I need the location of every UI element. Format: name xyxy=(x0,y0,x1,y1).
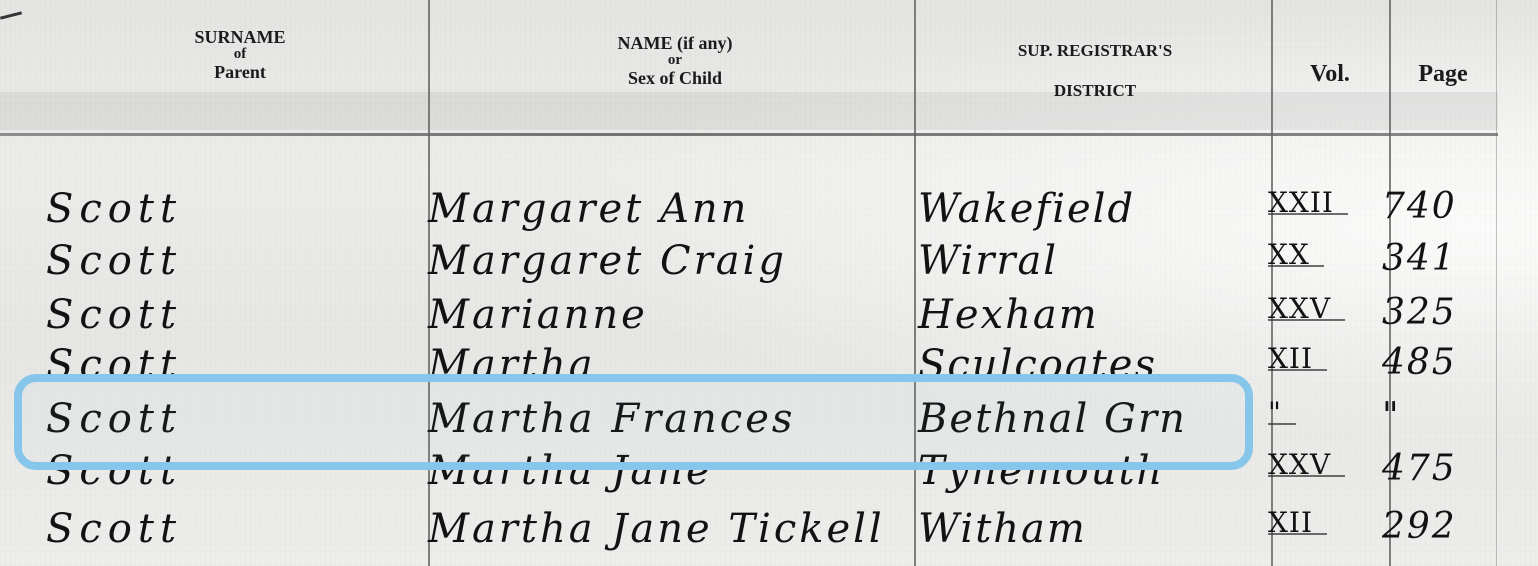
header-surname-line3: Parent xyxy=(150,63,330,82)
header-name-line1: NAME (if any) xyxy=(570,34,780,53)
cell-page: 325 xyxy=(1382,292,1457,333)
header-surname: SURNAME of Parent xyxy=(150,28,330,82)
cell-page: 475 xyxy=(1382,448,1457,489)
highlighted-entry-box xyxy=(14,374,1253,470)
cell-surname: Scott xyxy=(46,292,182,338)
header-district-line2: DISTRICT xyxy=(975,82,1215,100)
header-name: NAME (if any) or Sex of Child xyxy=(570,34,780,88)
cell-name: Margaret Ann xyxy=(428,186,749,232)
header-name-line3: Sex of Child xyxy=(570,69,780,88)
cell-name: Margaret Craig xyxy=(428,238,787,284)
cell-district: Wakefield xyxy=(918,186,1135,232)
cell-name: Martha Jane Tickell xyxy=(428,506,885,552)
cell-vol: XII xyxy=(1268,342,1313,375)
cell-vol: " xyxy=(1268,396,1282,429)
cell-vol: XX xyxy=(1268,238,1310,271)
header-shadow-band xyxy=(0,92,1498,130)
header-district-line1: SUP. REGISTRAR'S xyxy=(975,42,1215,60)
cell-page: 485 xyxy=(1382,342,1457,383)
cell-page: 740 xyxy=(1382,186,1457,227)
cell-surname: Scott xyxy=(46,238,182,284)
header-rule xyxy=(0,133,1498,136)
cell-district: Hexham xyxy=(918,292,1099,338)
header-name-line2: or xyxy=(570,53,780,69)
header-surname-line1: SURNAME xyxy=(150,28,330,47)
table-row: ScottMartha Jane TickellWithamXII292 xyxy=(0,506,1538,552)
table-row: ScottMarianneHexhamXXV325 xyxy=(0,292,1538,338)
header-district: SUP. REGISTRAR'S DISTRICT xyxy=(975,42,1215,100)
cell-name: Marianne xyxy=(428,292,648,338)
cell-vol: XXV xyxy=(1268,292,1331,325)
header-surname-line2: of xyxy=(150,47,330,63)
cell-surname: Scott xyxy=(46,186,182,232)
table-row: ScottMargaret AnnWakefieldXXII740 xyxy=(0,186,1538,232)
cell-vol: XII xyxy=(1268,506,1313,539)
header-page: Page xyxy=(1398,62,1488,87)
cell-page: 341 xyxy=(1382,238,1457,279)
cell-surname: Scott xyxy=(46,506,182,552)
cell-district: Wirral xyxy=(918,238,1058,284)
cell-page: 292 xyxy=(1382,506,1457,547)
table-row: ScottMargaret CraigWirralXX341 xyxy=(0,238,1538,284)
header-vol: Vol. xyxy=(1285,62,1375,87)
cell-vol: XXV xyxy=(1268,448,1331,481)
cell-vol: XXII xyxy=(1268,186,1334,219)
cell-district: Witham xyxy=(918,506,1087,552)
cell-page: " xyxy=(1382,396,1401,437)
